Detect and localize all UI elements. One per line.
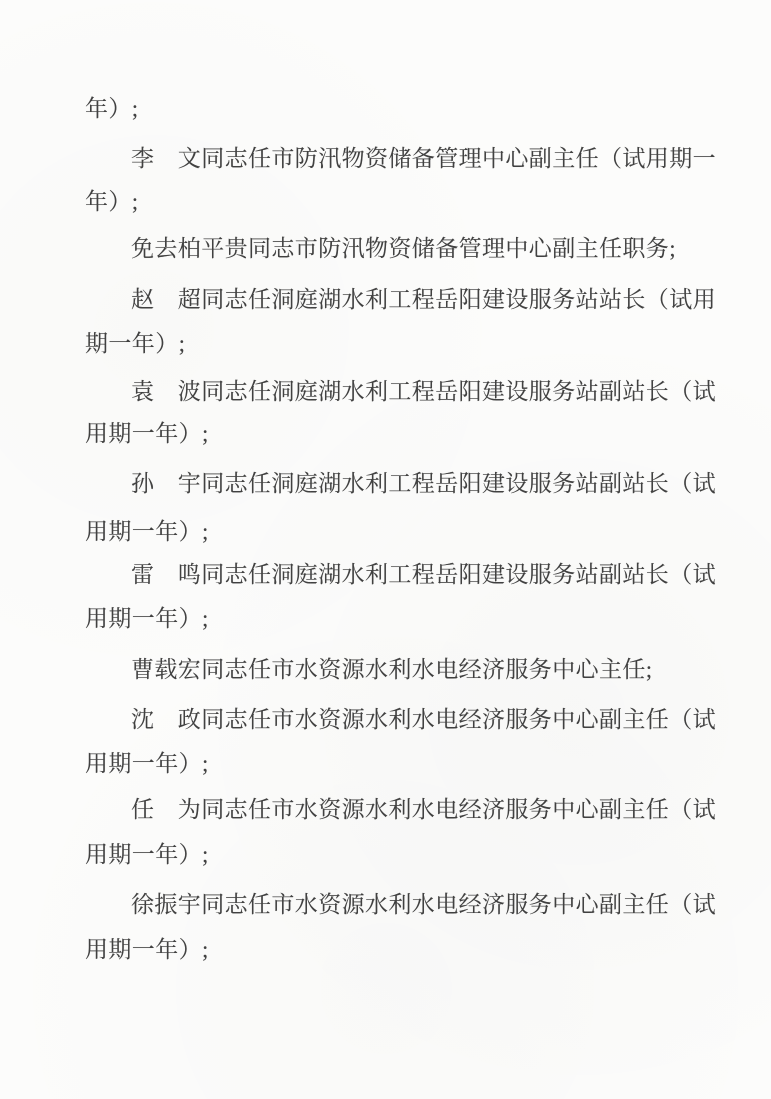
doc-line: 年）; — [85, 188, 703, 216]
doc-line: 用期一年）; — [85, 420, 703, 448]
doc-line: 徐振宇同志任市水资源水利水电经济服务中心副主任（试 — [85, 891, 703, 919]
doc-line: 用期一年）; — [85, 841, 703, 869]
doc-line: 用期一年）; — [85, 936, 703, 964]
doc-line: 任 为同志任市水资源水利水电经济服务中心副主任（试 — [85, 796, 703, 824]
doc-line: 李 文同志任市防汛物资储备管理中心副主任（试用期一 — [85, 145, 703, 173]
doc-line: 雷 鸣同志任洞庭湖水利工程岳阳建设服务站副站长（试 — [85, 561, 703, 589]
document-page: 年）; 李 文同志任市防汛物资储备管理中心副主任（试用期一 年）; 免去柏平贵同… — [0, 0, 771, 1099]
doc-line: 曹载宏同志任市水资源水利水电经济服务中心主任; — [85, 656, 703, 684]
doc-line: 赵 超同志任洞庭湖水利工程岳阳建设服务站站长（试用 — [85, 286, 703, 314]
doc-line: 孙 宇同志任洞庭湖水利工程岳阳建设服务站副站长（试 — [85, 470, 703, 498]
doc-line: 用期一年）; — [85, 518, 703, 546]
doc-line: 用期一年）; — [85, 750, 703, 778]
doc-line: 袁 波同志任洞庭湖水利工程岳阳建设服务站副站长（试 — [85, 378, 703, 406]
doc-line: 沈 政同志任市水资源水利水电经济服务中心副主任（试 — [85, 706, 703, 734]
doc-line: 年）; — [85, 95, 703, 123]
doc-line: 用期一年）; — [85, 605, 703, 633]
doc-line: 免去柏平贵同志市防汛物资储备管理中心副主任职务; — [85, 235, 703, 263]
doc-line: 期一年）; — [85, 330, 703, 358]
